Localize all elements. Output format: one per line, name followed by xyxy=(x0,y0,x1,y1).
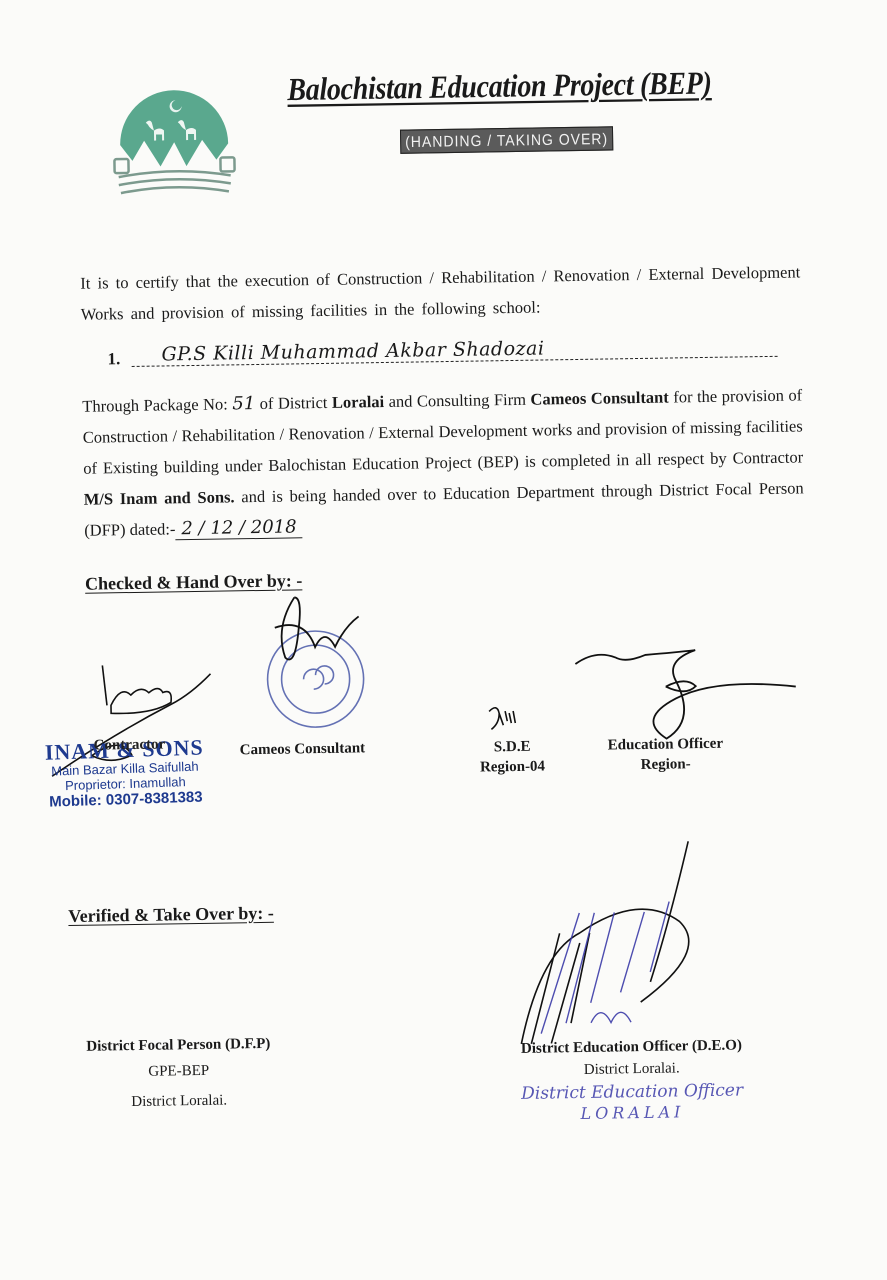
deo-block: District Education Officer (D.E.O) Distr… xyxy=(496,1035,767,1124)
balochistan-govt-emblem-icon xyxy=(109,81,239,205)
document-title: Balochistan Education Project (BEP) xyxy=(287,66,712,109)
education-officer-block: Education Officer Region- xyxy=(608,734,724,776)
deo-title: District Education Officer (D.E.O) xyxy=(496,1035,766,1059)
sde-region: Region-04 xyxy=(480,757,545,778)
school-entry: 1. GP.S Killi Muhammad Akbar Shadozai xyxy=(107,325,777,370)
education-officer-title: Education Officer xyxy=(608,734,724,756)
dfp-org: GPE-BEP xyxy=(59,1054,299,1088)
sde-signature xyxy=(485,705,521,732)
document-subtitle-banner: (HANDING / TAKING OVER) xyxy=(400,126,613,154)
consultant-seal-icon xyxy=(254,586,376,738)
deo-signature xyxy=(508,841,721,1054)
school-number: 1. xyxy=(107,349,120,369)
dfp-block: District Focal Person (D.F.P) GPE-BEP Di… xyxy=(58,1032,299,1118)
dfp-district: District Loralai. xyxy=(59,1084,299,1118)
package-number: 51 xyxy=(232,393,255,414)
deo-stamp-city: LORALAI xyxy=(497,1101,767,1124)
handover-date: 2 / 12 / 2018 xyxy=(175,517,303,540)
sde-title: S.D.E xyxy=(480,737,545,758)
certification-body: Through Package No: 51 of District Loral… xyxy=(82,379,804,545)
certification-intro: It is to certify that the execution of C… xyxy=(80,256,801,329)
sde-block: S.D.E Region-04 xyxy=(480,737,546,778)
district-name: Loralai xyxy=(332,392,385,412)
school-name-handwritten: GP.S Killi Muhammad Akbar Shadozai xyxy=(131,334,777,367)
contractor-name: M/S Inam and Sons. xyxy=(84,487,235,508)
dfp-title: District Focal Person (D.F.P) xyxy=(58,1032,298,1058)
education-officer-region: Region- xyxy=(608,754,724,776)
takeover-heading: Verified & Take Over by: - xyxy=(68,903,274,927)
consultant-label: Cameos Consultant xyxy=(240,738,366,760)
education-officer-signature xyxy=(565,644,806,743)
handing-taking-over-certificate: Balochistan Education Project (BEP) (HAN… xyxy=(0,0,887,1280)
contractor-label: Contractor xyxy=(93,736,165,754)
consultant-name: Cameos Consultant xyxy=(530,388,669,409)
